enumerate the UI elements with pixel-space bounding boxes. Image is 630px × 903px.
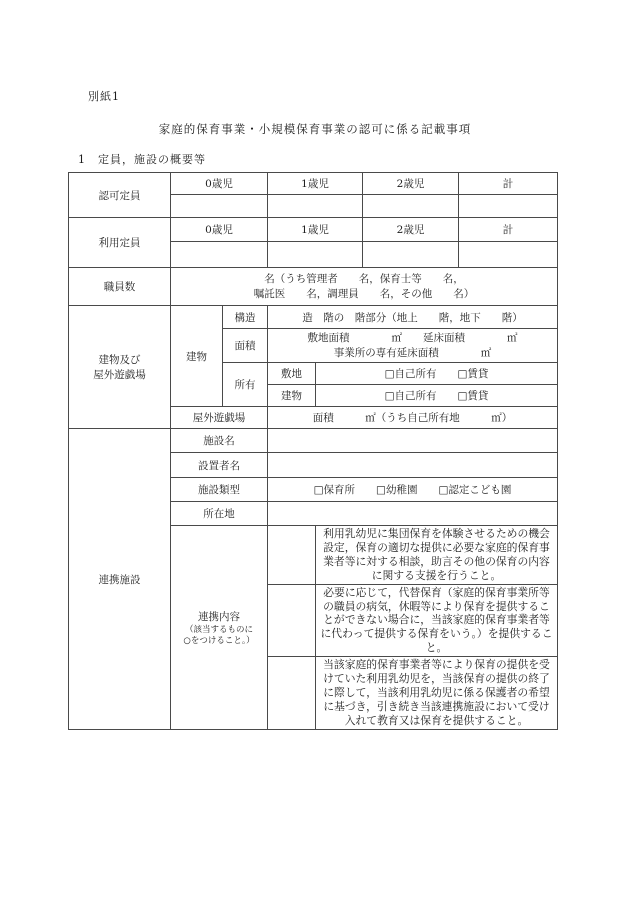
col-header-age1: 1歳児 [268, 173, 363, 195]
col-header-age0: 0歳児 [171, 173, 268, 195]
document-page: 別紙1 家庭的保育事業・小規模保育事業の認可に係る記載事項 1 定員，施設の概要… [0, 0, 630, 903]
section-1-heading: 1 定員，施設の概要等 [78, 151, 206, 167]
usage-capacity-age0-cell [171, 242, 268, 268]
partner-content-label-cell: 連携内容 （該当するものに ○をつけること。） [171, 526, 268, 730]
licensed-capacity-age0-cell [171, 195, 268, 218]
area-line2: 事業所の専有延床面積 ㎡ [271, 346, 554, 361]
col-header-total: 計 [459, 173, 558, 195]
partner-operator-cell [268, 453, 558, 478]
building-playground-label: 建物及び 屋外遊戯場 [69, 306, 171, 429]
main-form-table: 認可定員 0歳児 1歳児 2歳児 計 利用定員 0歳児 1歳児 2歳児 計 [68, 172, 558, 730]
partner-address-label: 所在地 [171, 502, 268, 526]
structure-label: 構造 [223, 306, 268, 329]
building-ownership-options: □自己所有 □賃貸 [316, 385, 558, 407]
area-label: 面積 [223, 329, 268, 363]
licensed-capacity-total-cell [459, 195, 558, 218]
area-line1: 敷地面積 ㎡ 延床面積 ㎡ [271, 331, 554, 346]
partner-content-item-3: 当該家庭的保育事業者等により保育の提供を受けていた利用乳幼児を，当該保育の提供の… [316, 657, 558, 730]
partner-name-label: 施設名 [171, 429, 268, 453]
playground-value-cell: 面積 ㎡（うち自己所有地 ㎡） [268, 407, 558, 429]
playground-label: 屋外遊戯場 [171, 407, 268, 429]
site-ownership-options: □自己所有 □賃貸 [316, 363, 558, 385]
building-label: 建物 [171, 306, 223, 407]
licensed-capacity-age1-cell [268, 195, 363, 218]
licensed-capacity-label: 認可定員 [69, 173, 171, 218]
partner-content-mark-cell-3 [268, 657, 316, 730]
partner-content-item-2: 必要に応じて，代替保育（家庭的保育事業所等の職員の病気，休暇等により保育を提供す… [316, 584, 558, 657]
staff-count-cell: 名（うち管理者 名，保育士等 名， 嘱託医 名，調理員 名，その他 名） [171, 268, 558, 306]
structure-value-cell: 造 階の 階部分（地上 階，地下 階） [268, 306, 558, 329]
col-header-age0: 0歳児 [171, 218, 268, 242]
partner-content-label: 連携内容 [174, 609, 264, 624]
col-header-age2: 2歳児 [363, 173, 459, 195]
partner-name-cell [268, 429, 558, 453]
col-header-total: 計 [459, 218, 558, 242]
col-header-age1: 1歳児 [268, 218, 363, 242]
partner-type-label: 施設類型 [171, 478, 268, 502]
licensed-capacity-age2-cell [363, 195, 459, 218]
staff-count-line1: 名（うち管理者 名，保育士等 名， [174, 272, 554, 287]
usage-capacity-total-cell [459, 242, 558, 268]
usage-capacity-age2-cell [363, 242, 459, 268]
bldg-label: 建物 [268, 385, 316, 407]
partner-content-mark-cell-1 [268, 526, 316, 585]
area-value-cell: 敷地面積 ㎡ 延床面積 ㎡ 事業所の専有延床面積 ㎡ [268, 329, 558, 363]
partner-content-item-1: 利用乳幼児に集団保育を体験させるための機会設定，保育の適切な提供に必要な家庭的保… [316, 526, 558, 585]
partner-content-note: （該当するものに ○をつけること。） [174, 625, 264, 647]
partner-operator-label: 設置者名 [171, 453, 268, 478]
document-title: 家庭的保育事業・小規模保育事業の認可に係る記載事項 [0, 121, 630, 137]
usage-capacity-age1-cell [268, 242, 363, 268]
partner-address-cell [268, 502, 558, 526]
col-header-age2: 2歳児 [363, 218, 459, 242]
staff-count-label: 職員数 [69, 268, 171, 306]
staff-count-line2: 嘱託医 名，調理員 名，その他 名） [174, 287, 554, 302]
ownership-label: 所有 [223, 363, 268, 407]
usage-capacity-label: 利用定員 [69, 218, 171, 268]
partner-content-mark-cell-2 [268, 584, 316, 657]
annex-label: 別紙1 [88, 88, 120, 104]
site-label: 敷地 [268, 363, 316, 385]
partner-type-options: □保育所 □幼稚園 □認定こども園 [268, 478, 558, 502]
partner-facility-label: 連携施設 [69, 429, 171, 730]
